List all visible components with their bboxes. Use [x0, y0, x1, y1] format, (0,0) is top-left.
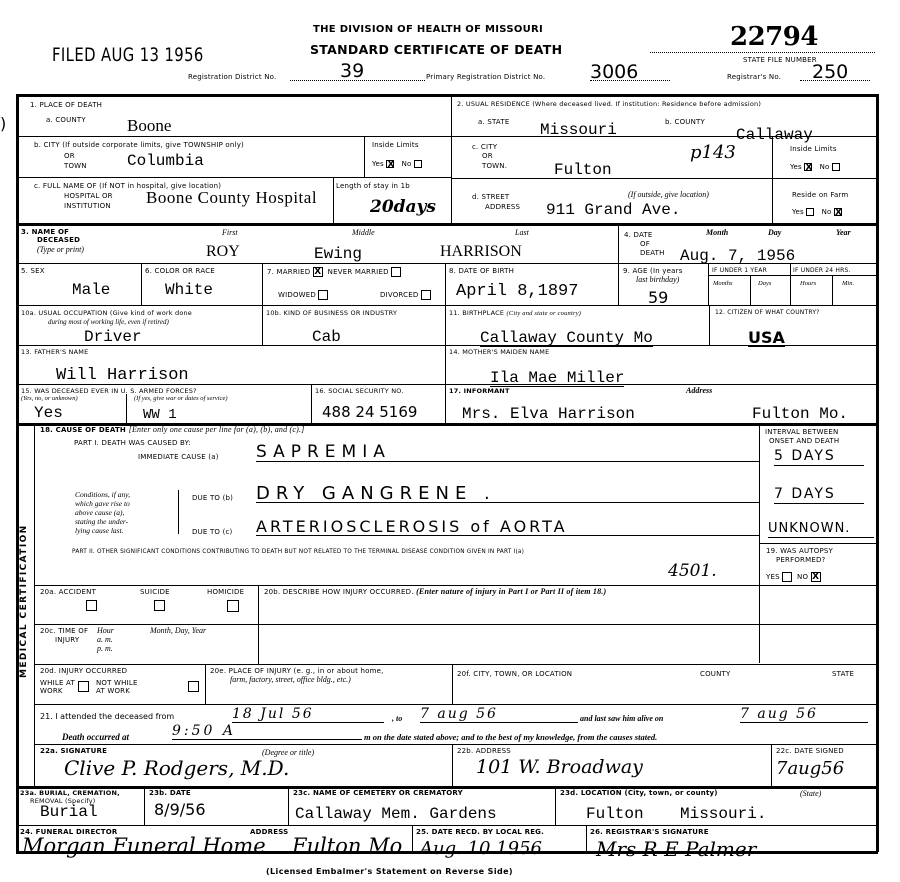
accident-checkbox[interactable]	[86, 600, 97, 611]
date-of-birth[interactable]: April 8,1897	[456, 284, 578, 300]
race[interactable]: White	[165, 282, 213, 298]
informant-address[interactable]: Fulton Mo.	[752, 406, 848, 422]
age[interactable]: 59	[648, 290, 668, 306]
divorced-checkbox[interactable]	[421, 290, 431, 300]
state-file-number-line	[650, 52, 875, 53]
burial-state[interactable]: Missouri.	[680, 806, 766, 822]
funeral-director-address[interactable]: Fulton Mo	[292, 834, 402, 858]
date-signed[interactable]: 7aug56	[776, 758, 844, 779]
registration-district: 39	[340, 60, 364, 82]
homicide-checkbox[interactable]	[227, 600, 239, 612]
residence-street[interactable]: 911 Grand Ave.	[546, 202, 680, 218]
state-file-number: 22794	[730, 22, 818, 52]
state-file-number-label: STATE FILE NUMBER	[743, 56, 817, 64]
last-name[interactable]: HARRISON	[440, 244, 522, 260]
due-to-c[interactable]: ARTERIOSCLEROSIS of AORTA	[256, 518, 760, 536]
primary-district-label: Primary Registration District No.	[426, 73, 545, 81]
certificate-title: STANDARD CERTIFICATE OF DEATH	[310, 42, 562, 57]
residence-city[interactable]: Fulton	[554, 162, 612, 178]
interval-a[interactable]: 5 DAYS	[774, 448, 864, 466]
residence-county[interactable]: Callaway	[736, 127, 813, 143]
interval-c[interactable]: UNKNOWN.	[768, 520, 874, 538]
interval-b[interactable]: 7 DAYS	[774, 486, 864, 504]
residence-city-annotation: p143	[690, 145, 736, 160]
residence-inside-limits-yes-checkbox[interactable]	[804, 163, 812, 171]
social-security-number[interactable]: 488 24 5169	[322, 404, 417, 420]
married-checkbox[interactable]	[313, 267, 323, 277]
first-name[interactable]: ROY	[206, 244, 240, 260]
immediate-cause[interactable]: SAPREMIA	[256, 444, 760, 462]
inside-limits-no-checkbox[interactable]	[414, 160, 422, 168]
city-label: b. CITY (If outside corporate limits, gi…	[34, 141, 244, 149]
autopsy-no-checkbox[interactable]	[811, 572, 821, 582]
armed-forces[interactable]: Yes	[34, 405, 63, 421]
due-to-b[interactable]: DRY GANGRENE .	[256, 485, 760, 503]
while-at-work-checkbox[interactable]	[78, 681, 89, 692]
occupation[interactable]: Driver	[84, 329, 142, 345]
burial-date[interactable]: 8/9/56	[154, 802, 206, 818]
medical-certification-label: MEDICAL CERTIFICATION	[19, 524, 29, 678]
date-received[interactable]: Aug. 10 1956	[420, 838, 542, 859]
widowed-checkbox[interactable]	[318, 290, 328, 300]
attended-from[interactable]: 18 Jul 56	[232, 707, 384, 723]
middle-name[interactable]: Ewing	[314, 246, 362, 262]
not-while-at-work-checkbox[interactable]	[188, 681, 199, 692]
last-saw-alive[interactable]: 7 aug 56	[740, 707, 868, 723]
usual-residence-label: 2. USUAL RESIDENCE (Where deceased lived…	[457, 100, 867, 108]
residence-inside-limits-no-checkbox[interactable]	[832, 163, 840, 171]
death-county[interactable]: Boone	[127, 118, 171, 134]
registration-district-label: Registration District No.	[188, 73, 276, 81]
date-of-death[interactable]: Aug. 7, 1956	[680, 248, 795, 264]
informant-name[interactable]: Mrs. Elva Harrison	[462, 406, 635, 422]
death-time[interactable]: 9:50 A	[172, 724, 362, 740]
length-of-stay[interactable]: 20days	[370, 200, 436, 215]
registrar-signature[interactable]: Mrs R E Palmer	[596, 837, 756, 861]
margin-mark: )	[0, 114, 6, 133]
cemetery-name[interactable]: Callaway Mem. Gardens	[295, 806, 497, 822]
suicide-checkbox[interactable]	[154, 600, 165, 611]
never-married-checkbox[interactable]	[391, 267, 401, 277]
farm-yes-checkbox[interactable]	[806, 208, 814, 216]
part2-code[interactable]: 4501.	[668, 564, 717, 579]
father-name[interactable]: Will Harrison	[56, 368, 189, 384]
death-city[interactable]: Columbia	[127, 153, 204, 169]
war-service[interactable]: WW 1	[143, 407, 177, 423]
autopsy-yes-checkbox[interactable]	[782, 572, 792, 582]
place-of-death-label: 1. PLACE OF DEATH	[30, 101, 102, 109]
primary-district: 3006	[590, 61, 638, 83]
sex[interactable]: Male	[72, 282, 110, 298]
funeral-director[interactable]: Morgan Funeral Home	[22, 834, 266, 858]
industry[interactable]: Cab	[312, 329, 341, 345]
inside-limits-yes-checkbox[interactable]	[386, 160, 394, 168]
registrar-no-label: Registrar's No.	[727, 73, 781, 81]
footer-note: (Licensed Embalmer's Statement on Revers…	[266, 868, 513, 876]
physician-signature[interactable]: Clive P. Rodgers, M.D.	[64, 756, 289, 780]
county-label: a. COUNTY	[46, 116, 86, 124]
division-title: THE DIVISION OF HEALTH OF MISSOURI	[313, 24, 543, 35]
farm-no-checkbox[interactable]	[834, 208, 842, 216]
registrar-no: 250	[812, 61, 848, 83]
attended-to[interactable]: 7 aug 56	[420, 707, 578, 723]
filed-stamp: FILED AUG 13 1956	[52, 44, 204, 66]
physician-address[interactable]: 101 W. Broadway	[476, 756, 643, 778]
disposition[interactable]: Burial	[40, 804, 98, 820]
hospital-name[interactable]: Boone County Hospital	[146, 190, 317, 206]
burial-city[interactable]: Fulton	[586, 806, 644, 822]
